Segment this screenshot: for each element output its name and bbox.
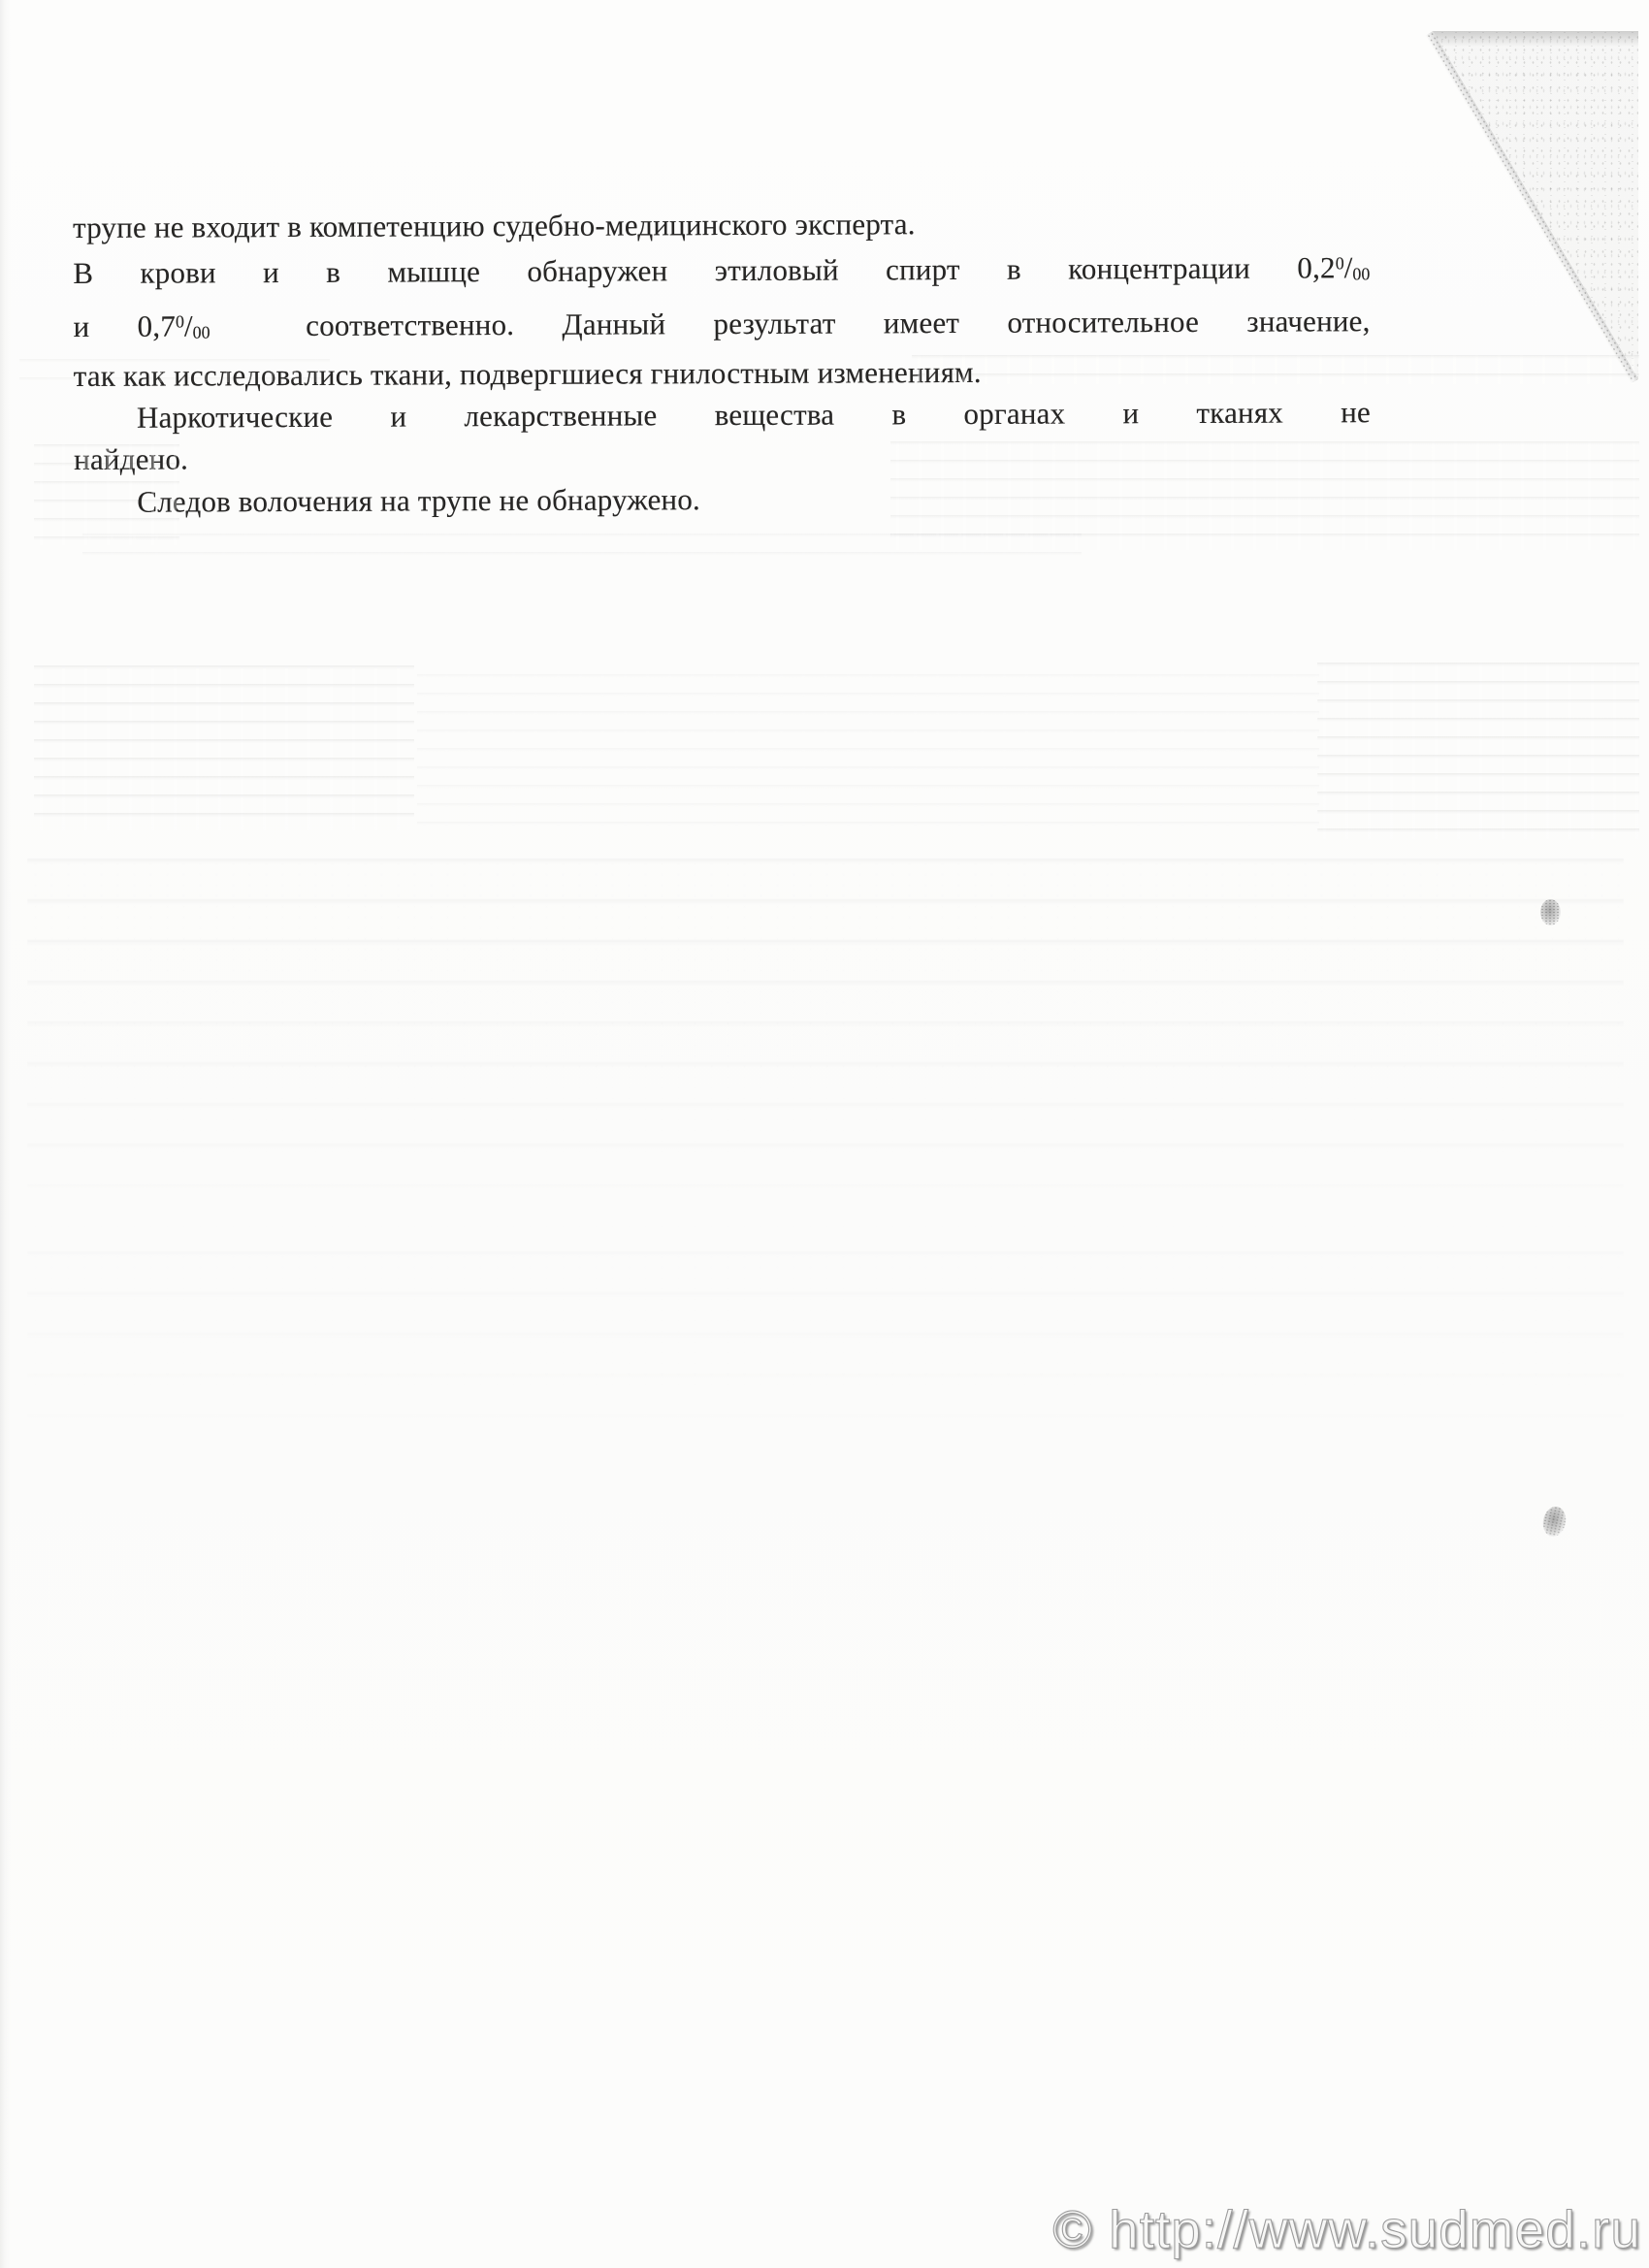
scan-edge-shadow bbox=[0, 0, 11, 2268]
scan-smudge bbox=[417, 674, 1319, 834]
scan-smudge bbox=[912, 355, 1639, 384]
text-line-3: и 0,70/00 соответственно. Данный результ… bbox=[73, 296, 1370, 354]
text-line-1: трупе не входит в компетенцию судебно-ме… bbox=[73, 201, 1370, 248]
scan-smudge bbox=[19, 359, 330, 382]
scan-smudge bbox=[34, 665, 414, 830]
stain-blob bbox=[1540, 899, 1561, 925]
scan-smudge bbox=[34, 444, 179, 545]
scan-wash-band bbox=[27, 859, 1624, 1247]
text-line-3-body: соответственно. Данный результат имеет о… bbox=[210, 304, 1370, 342]
permille-denominator: 00 bbox=[193, 322, 210, 341]
scan-smudge bbox=[82, 534, 1082, 567]
stain-blob bbox=[1540, 1505, 1568, 1539]
permille-denominator: 00 bbox=[1352, 265, 1370, 284]
scan-smudge bbox=[1317, 663, 1639, 839]
text-line-2-body: В крови и в мышце обнаружен этиловый спи… bbox=[73, 251, 1336, 291]
sudmed-watermark: © http://www.sudmed.ru bbox=[1052, 2198, 1641, 2260]
permille-slash: / bbox=[184, 308, 193, 342]
text-line-2: В крови и в мышце обнаружен этиловый спи… bbox=[73, 243, 1370, 302]
scanned-document-page: трупе не входит в компетенцию судебно-ме… bbox=[0, 0, 1649, 2268]
text-line-5: Наркотические и лекарственные вещества в… bbox=[74, 391, 1371, 438]
scan-wash-band bbox=[27, 1251, 1624, 1465]
page-corner-fold-artifact bbox=[1433, 31, 1638, 378]
permille-slash: / bbox=[1344, 251, 1353, 285]
text-line-3-value: и 0,7 bbox=[73, 308, 176, 342]
